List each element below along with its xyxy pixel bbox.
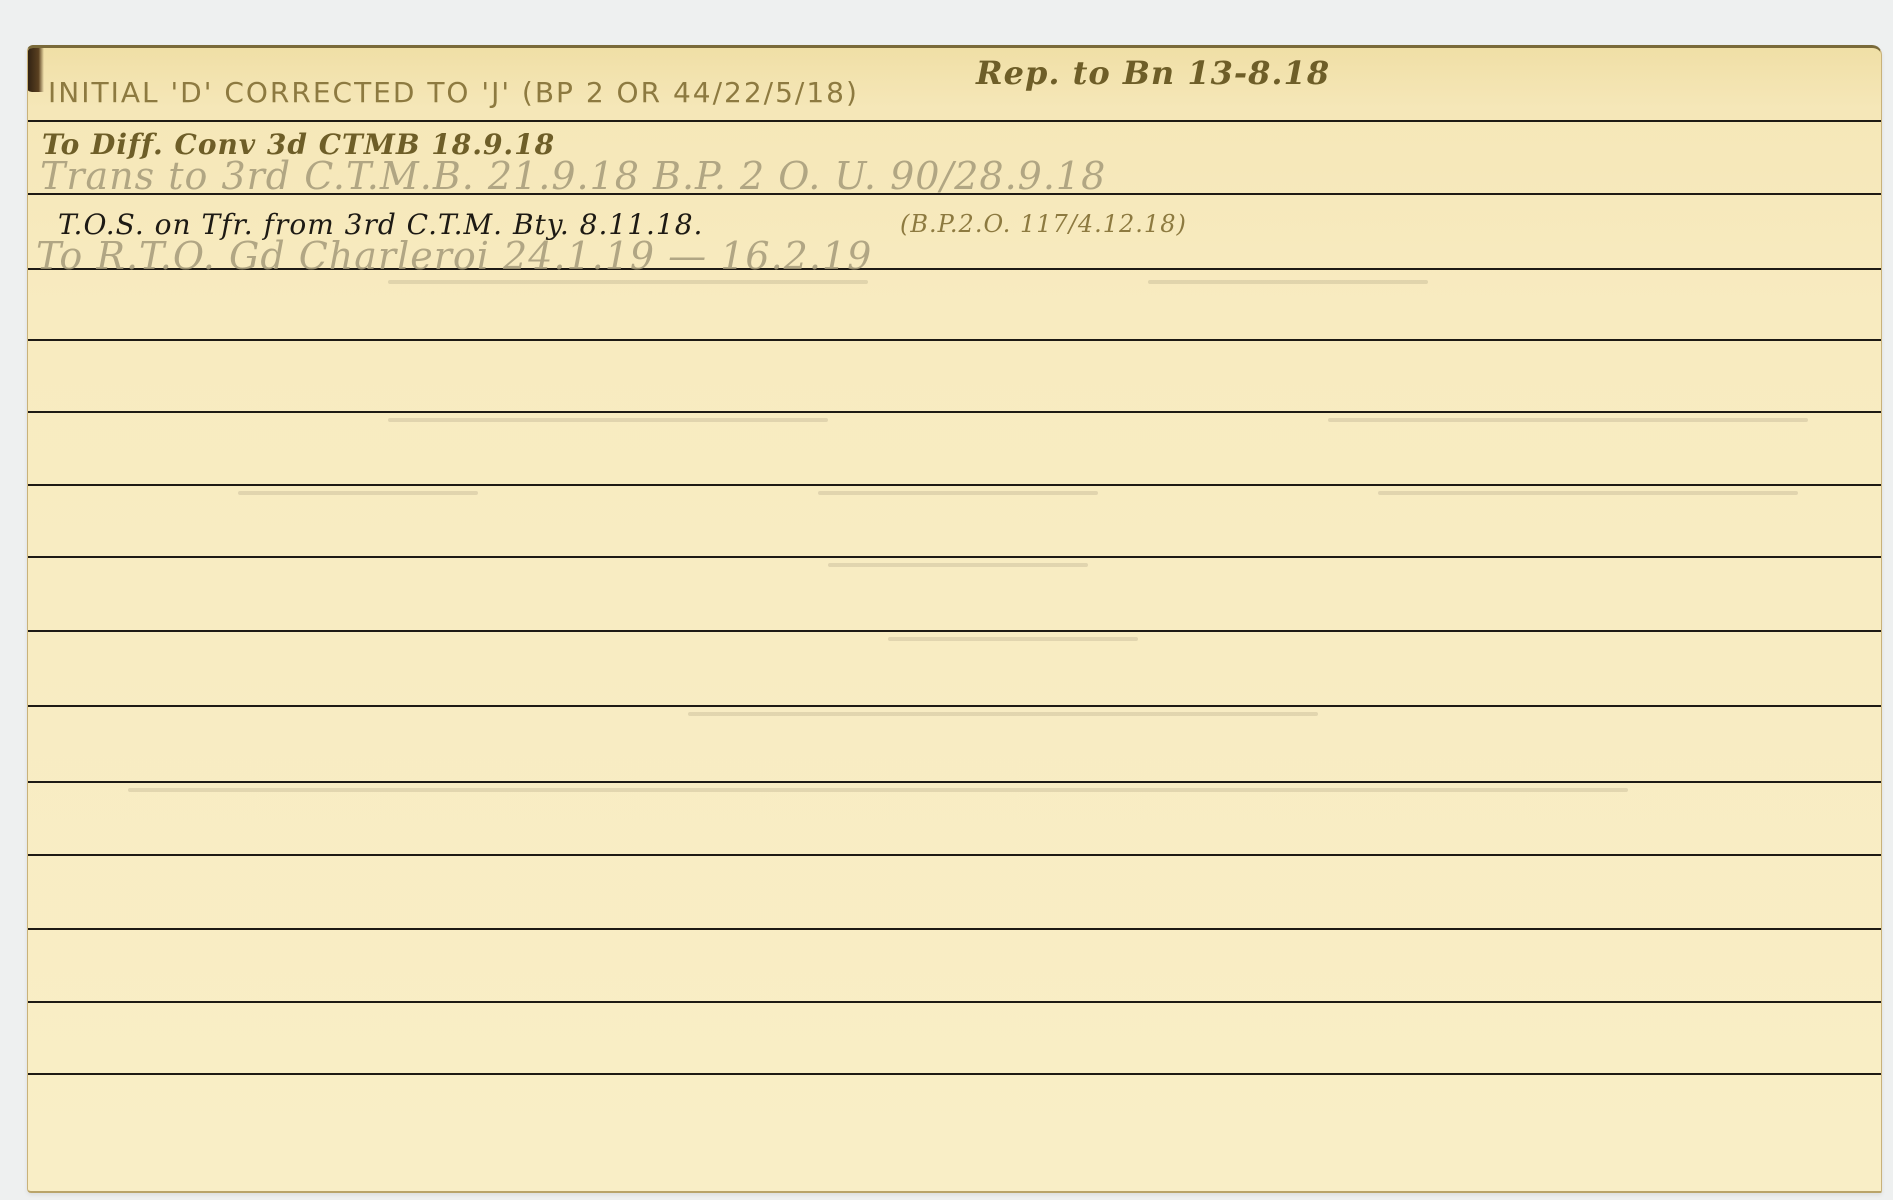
bleed-through-mark xyxy=(388,418,828,422)
bleed-through-mark xyxy=(828,563,1088,567)
ruled-line xyxy=(28,484,1881,486)
bleed-through-mark xyxy=(1148,280,1428,284)
ruled-line xyxy=(28,705,1881,707)
record-card: INITIAL 'D' CORRECTED TO 'J' (BP 2 OR 44… xyxy=(27,45,1882,1193)
bleed-through-mark xyxy=(688,712,1318,716)
ruled-line xyxy=(28,630,1881,632)
entry-reported-to-battalion: Rep. to Bn 13-8.18 xyxy=(976,54,1330,92)
ruled-line xyxy=(28,339,1881,341)
ruled-line xyxy=(28,120,1881,122)
bleed-through-mark xyxy=(888,637,1138,641)
bleed-through-mark xyxy=(128,788,1628,792)
bleed-through-mark xyxy=(238,491,478,495)
card-corner-stain xyxy=(27,46,44,92)
entry-rto-charleroi: To R.T.O. Gd Charleroi 24.1.19 — 16.2.19 xyxy=(36,234,872,278)
ruled-line xyxy=(28,556,1881,558)
ruled-line xyxy=(28,928,1881,930)
ruled-line xyxy=(28,854,1881,856)
ruled-line xyxy=(28,1001,1881,1003)
bleed-through-mark xyxy=(388,280,868,284)
ruled-line xyxy=(28,1073,1881,1075)
ruled-line xyxy=(28,781,1881,783)
bleed-through-mark xyxy=(1378,491,1798,495)
bleed-through-mark xyxy=(1328,418,1808,422)
entry-tos-reference: (B.P.2.O. 117/4.12.18) xyxy=(900,210,1187,238)
entry-initial-correction: INITIAL 'D' CORRECTED TO 'J' (BP 2 OR 44… xyxy=(48,76,859,109)
bleed-through-mark xyxy=(818,491,1098,495)
entry-transfer-3rd-ctmb: Trans to 3rd C.T.M.B. 21.9.18 B.P. 2 O. … xyxy=(40,154,1106,198)
ruled-line xyxy=(28,411,1881,413)
